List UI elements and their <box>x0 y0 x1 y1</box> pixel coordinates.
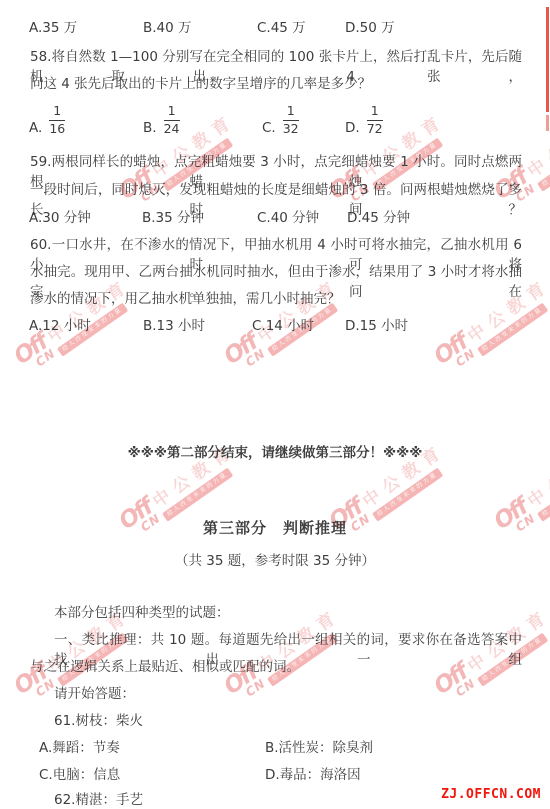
fraction: 1 72 <box>367 104 383 136</box>
prev-question-options-row: A.35 万 B.40 万 C.45 万 D.50 万 <box>0 16 550 36</box>
offcn-logo-icon: Off CN <box>12 332 58 376</box>
part3-intro3: 与之在逻辑关系上最贴近、相似或匹配的词。 <box>30 655 522 675</box>
red-edge-line <box>546 7 549 112</box>
q58-options-row: A. 1 16 B. 1 24 C. 1 32 D. 1 72 <box>0 98 550 136</box>
watermark-slogan-badge: 给人改变未来的力量 <box>162 468 234 522</box>
q61-options-row-ab: A.舞蹈：节奏 B.活性炭：除臭剂 <box>0 736 550 756</box>
fraction: 1 32 <box>283 104 299 136</box>
prev-option-d: D.50 万 <box>345 16 395 36</box>
q60-options-row: A.12 小时 B.13 小时 C.14 小时 D.15 小时 <box>0 314 550 334</box>
red-edge-line-faint <box>546 115 549 131</box>
part3-intro1: 本部分包括四种类型的试题： <box>54 601 522 621</box>
q58-option-d: D. 1 72 <box>345 104 383 136</box>
part3-start-prompt: 请开始答题： <box>54 682 522 702</box>
offcn-logo-icon: Off CN <box>432 332 478 376</box>
offcn-watermark: Off CN 中公教育 给人改变未来的力量 <box>505 415 550 565</box>
offcn-logo-icon: Off CN <box>222 332 268 376</box>
q60-option-c: C.14 小时 <box>252 314 314 334</box>
prev-option-b: B.40 万 <box>143 16 192 36</box>
q60-option-d: D.15 小时 <box>345 314 408 334</box>
q61-option-a: A.舞蹈：节奏 <box>39 736 120 756</box>
q61-stem: 61.树枝：柴火 <box>54 709 522 729</box>
q59-options-row: A.30 分钟 B.35 分钟 C.40 分钟 D.45 分钟 <box>0 206 550 226</box>
part3-subtitle: （共 35 题，参考时限 35 分钟） <box>0 549 550 569</box>
site-url: ZJ.OFFCN.COM <box>441 787 541 802</box>
q61-options-row-cd: C.电脑：信息 D.毒品：海洛因 <box>0 763 550 783</box>
exam-page: Off CN 中公教育 给人改变未来的力量 Off CN 中公教育 给人改变未来… <box>0 0 550 809</box>
q61-option-d: D.毒品：海洛因 <box>265 763 361 783</box>
offcn-watermark: Off CN 中公教育 给人改变未来的力量 <box>340 415 525 565</box>
watermark-slogan-badge: 给人改变未来的力量 <box>537 138 550 192</box>
offcn-watermark: Off CN 中公教育 给人改变未来的力量 <box>130 415 315 565</box>
prev-option-a: A.35 万 <box>29 16 77 36</box>
q59-option-c: C.40 分钟 <box>257 206 319 226</box>
q61-option-c: C.电脑：信息 <box>39 763 120 783</box>
fraction: 1 16 <box>49 104 65 136</box>
fraction: 1 24 <box>164 104 180 136</box>
watermark-slogan-badge: 给人改变未来的力量 <box>537 468 550 522</box>
q60-stem-line3: 渗水的情况下，用乙抽水机单独抽，需几小时抽完？ <box>30 287 522 307</box>
q58-option-b: B. 1 24 <box>143 104 180 136</box>
q58-option-a: A. 1 16 <box>29 104 65 136</box>
part3-title: 第三部分 判断推理 <box>0 517 550 538</box>
q59-option-a: A.30 分钟 <box>29 206 91 226</box>
prev-option-c: C.45 万 <box>257 16 306 36</box>
q59-option-b: B.35 分钟 <box>142 206 204 226</box>
watermark-slogan-badge: 给人改变未来的力量 <box>372 468 444 522</box>
q60-option-a: A.12 小时 <box>29 314 91 334</box>
q58-stem-line2: 问这 4 张先后取出的卡片上的数字呈增序的几率是多少？ <box>30 72 522 92</box>
q58-option-c: C. 1 32 <box>262 104 299 136</box>
q61-option-b: B.活性炭：除臭剂 <box>265 736 373 756</box>
q59-option-d: D.45 分钟 <box>347 206 410 226</box>
q60-option-b: B.13 小时 <box>143 314 205 334</box>
section-break-notice: ※※※第二部分结束，请继续做第三部分！※※※ <box>0 441 550 461</box>
